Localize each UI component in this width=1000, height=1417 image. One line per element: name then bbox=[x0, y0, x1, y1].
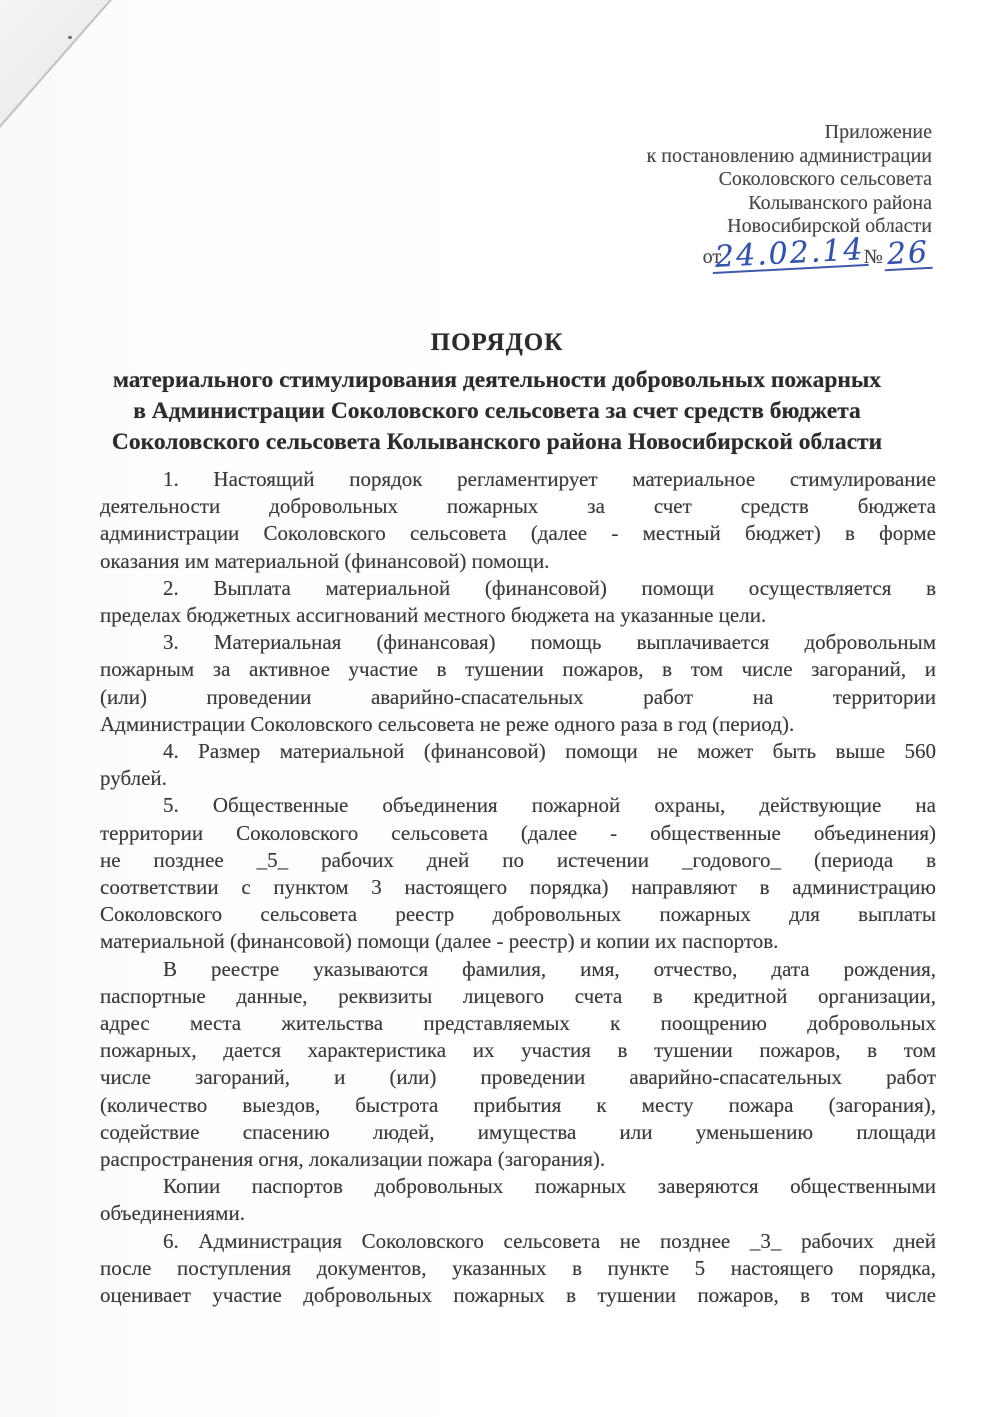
header-line-appendix: Приложение bbox=[647, 121, 932, 145]
header-line-resolution: к постановлению администрации bbox=[647, 145, 932, 169]
header-line-district: Колыванского района bbox=[647, 192, 932, 216]
paragraph-line: 3. Материальная (финансовая) помощь выпл… bbox=[100, 629, 936, 656]
paragraph: Копии паспортов добровольных пожарных за… bbox=[100, 1173, 936, 1227]
paragraph-line: рублей. bbox=[100, 765, 936, 792]
paragraph-line: содействие спасению людей, имущества или… bbox=[100, 1119, 936, 1146]
paragraph-line: 2. Выплата материальной (финансовой) пом… bbox=[100, 575, 936, 602]
scan-speck bbox=[68, 36, 72, 39]
page-corner-fold bbox=[0, 0, 120, 135]
paragraph: 2. Выплата материальной (финансовой) пом… bbox=[100, 575, 936, 629]
title-line-2: материального стимулирования деятельност… bbox=[52, 365, 942, 396]
handwritten-date: 24.02.14 bbox=[711, 236, 868, 274]
paragraph-line: соответствии с пунктом 3 настоящего поря… bbox=[100, 874, 936, 901]
document-title: ПОРЯДОК материального стимулирования дея… bbox=[52, 329, 942, 457]
paragraph: 5. Общественные объединения пожарной охр… bbox=[100, 792, 936, 955]
paragraph-line: (или) проведении аварийно-спасательных р… bbox=[100, 684, 936, 711]
paragraph-line: материальной (финансовой) помощи (далее … bbox=[100, 928, 936, 955]
paragraph-line: Копии паспортов добровольных пожарных за… bbox=[100, 1173, 936, 1200]
paragraph-line: 4. Размер материальной (финансовой) помо… bbox=[100, 738, 936, 765]
paragraph-line: после поступления документов, указанных … bbox=[100, 1255, 936, 1282]
paragraph-line: Администрации Соколовского сельсовета не… bbox=[100, 711, 936, 738]
paragraph-line: адрес места жительства представляемых к … bbox=[100, 1010, 936, 1037]
paragraph-line: пожарным за активное участие в тушении п… bbox=[100, 656, 936, 683]
paragraph: 1. Настоящий порядок регламентирует мате… bbox=[100, 466, 936, 575]
paragraph: В реестре указываются фамилия, имя, отче… bbox=[100, 956, 936, 1174]
paragraph-line: оказания им материальной (финансовой) по… bbox=[100, 548, 936, 575]
paragraph: 4. Размер материальной (финансовой) помо… bbox=[100, 738, 936, 792]
paragraph-line: пожарных, дается характеристика их участ… bbox=[100, 1037, 936, 1064]
decree-date-number-row: от 24.02.14 № 26 bbox=[647, 240, 932, 270]
paragraph: 6. Администрация Соколовского сельсовета… bbox=[100, 1228, 936, 1310]
paragraph-line: Соколовского сельсовета реестр доброволь… bbox=[100, 901, 936, 928]
paragraph-line: деятельности добровольных пожарных за сч… bbox=[100, 493, 936, 520]
paragraph-line: оценивает участие добровольных пожарных … bbox=[100, 1282, 936, 1309]
paragraph-line: 5. Общественные объединения пожарной охр… bbox=[100, 792, 936, 819]
paragraph-line: 6. Администрация Соколовского сельсовета… bbox=[100, 1228, 936, 1255]
paragraph-line: паспортные данные, реквизиты лицевого сч… bbox=[100, 983, 936, 1010]
appendix-header: Приложение к постановлению администрации… bbox=[647, 121, 932, 270]
document-body: 1. Настоящий порядок регламентирует мате… bbox=[100, 466, 936, 1309]
paragraph-line: числе загораний, и (или) проведении авар… bbox=[100, 1064, 936, 1091]
paragraph-line: В реестре указываются фамилия, имя, отче… bbox=[100, 956, 936, 983]
handwritten-number: 26 bbox=[883, 239, 933, 271]
paragraph: 3. Материальная (финансовая) помощь выпл… bbox=[100, 629, 936, 738]
title-line-3: в Администрации Соколовского сельсовета … bbox=[52, 396, 942, 427]
paragraph-line: администрации Соколовского сельсовета (д… bbox=[100, 520, 936, 547]
title-word-poryadok: ПОРЯДОК bbox=[52, 329, 942, 357]
paragraph-line: не позднее _5_ рабочих дней по истечении… bbox=[100, 847, 936, 874]
header-line-selsovet: Соколовского сельсовета bbox=[647, 168, 932, 192]
paragraph-line: территории Соколовского сельсовета (дале… bbox=[100, 820, 936, 847]
title-line-4: Соколовского сельсовета Колыванского рай… bbox=[52, 427, 942, 458]
paragraph-line: объединениями. bbox=[100, 1200, 936, 1227]
paragraph-line: (количество выездов, быстрота прибытия к… bbox=[100, 1092, 936, 1119]
paragraph-line: пределах бюджетных ассигнований местного… bbox=[100, 602, 936, 629]
document-page: Приложение к постановлению администрации… bbox=[0, 0, 1000, 1417]
paragraph-line: 1. Настоящий порядок регламентирует мате… bbox=[100, 466, 936, 493]
paragraph-line: распространения огня, локализации пожара… bbox=[100, 1146, 936, 1173]
